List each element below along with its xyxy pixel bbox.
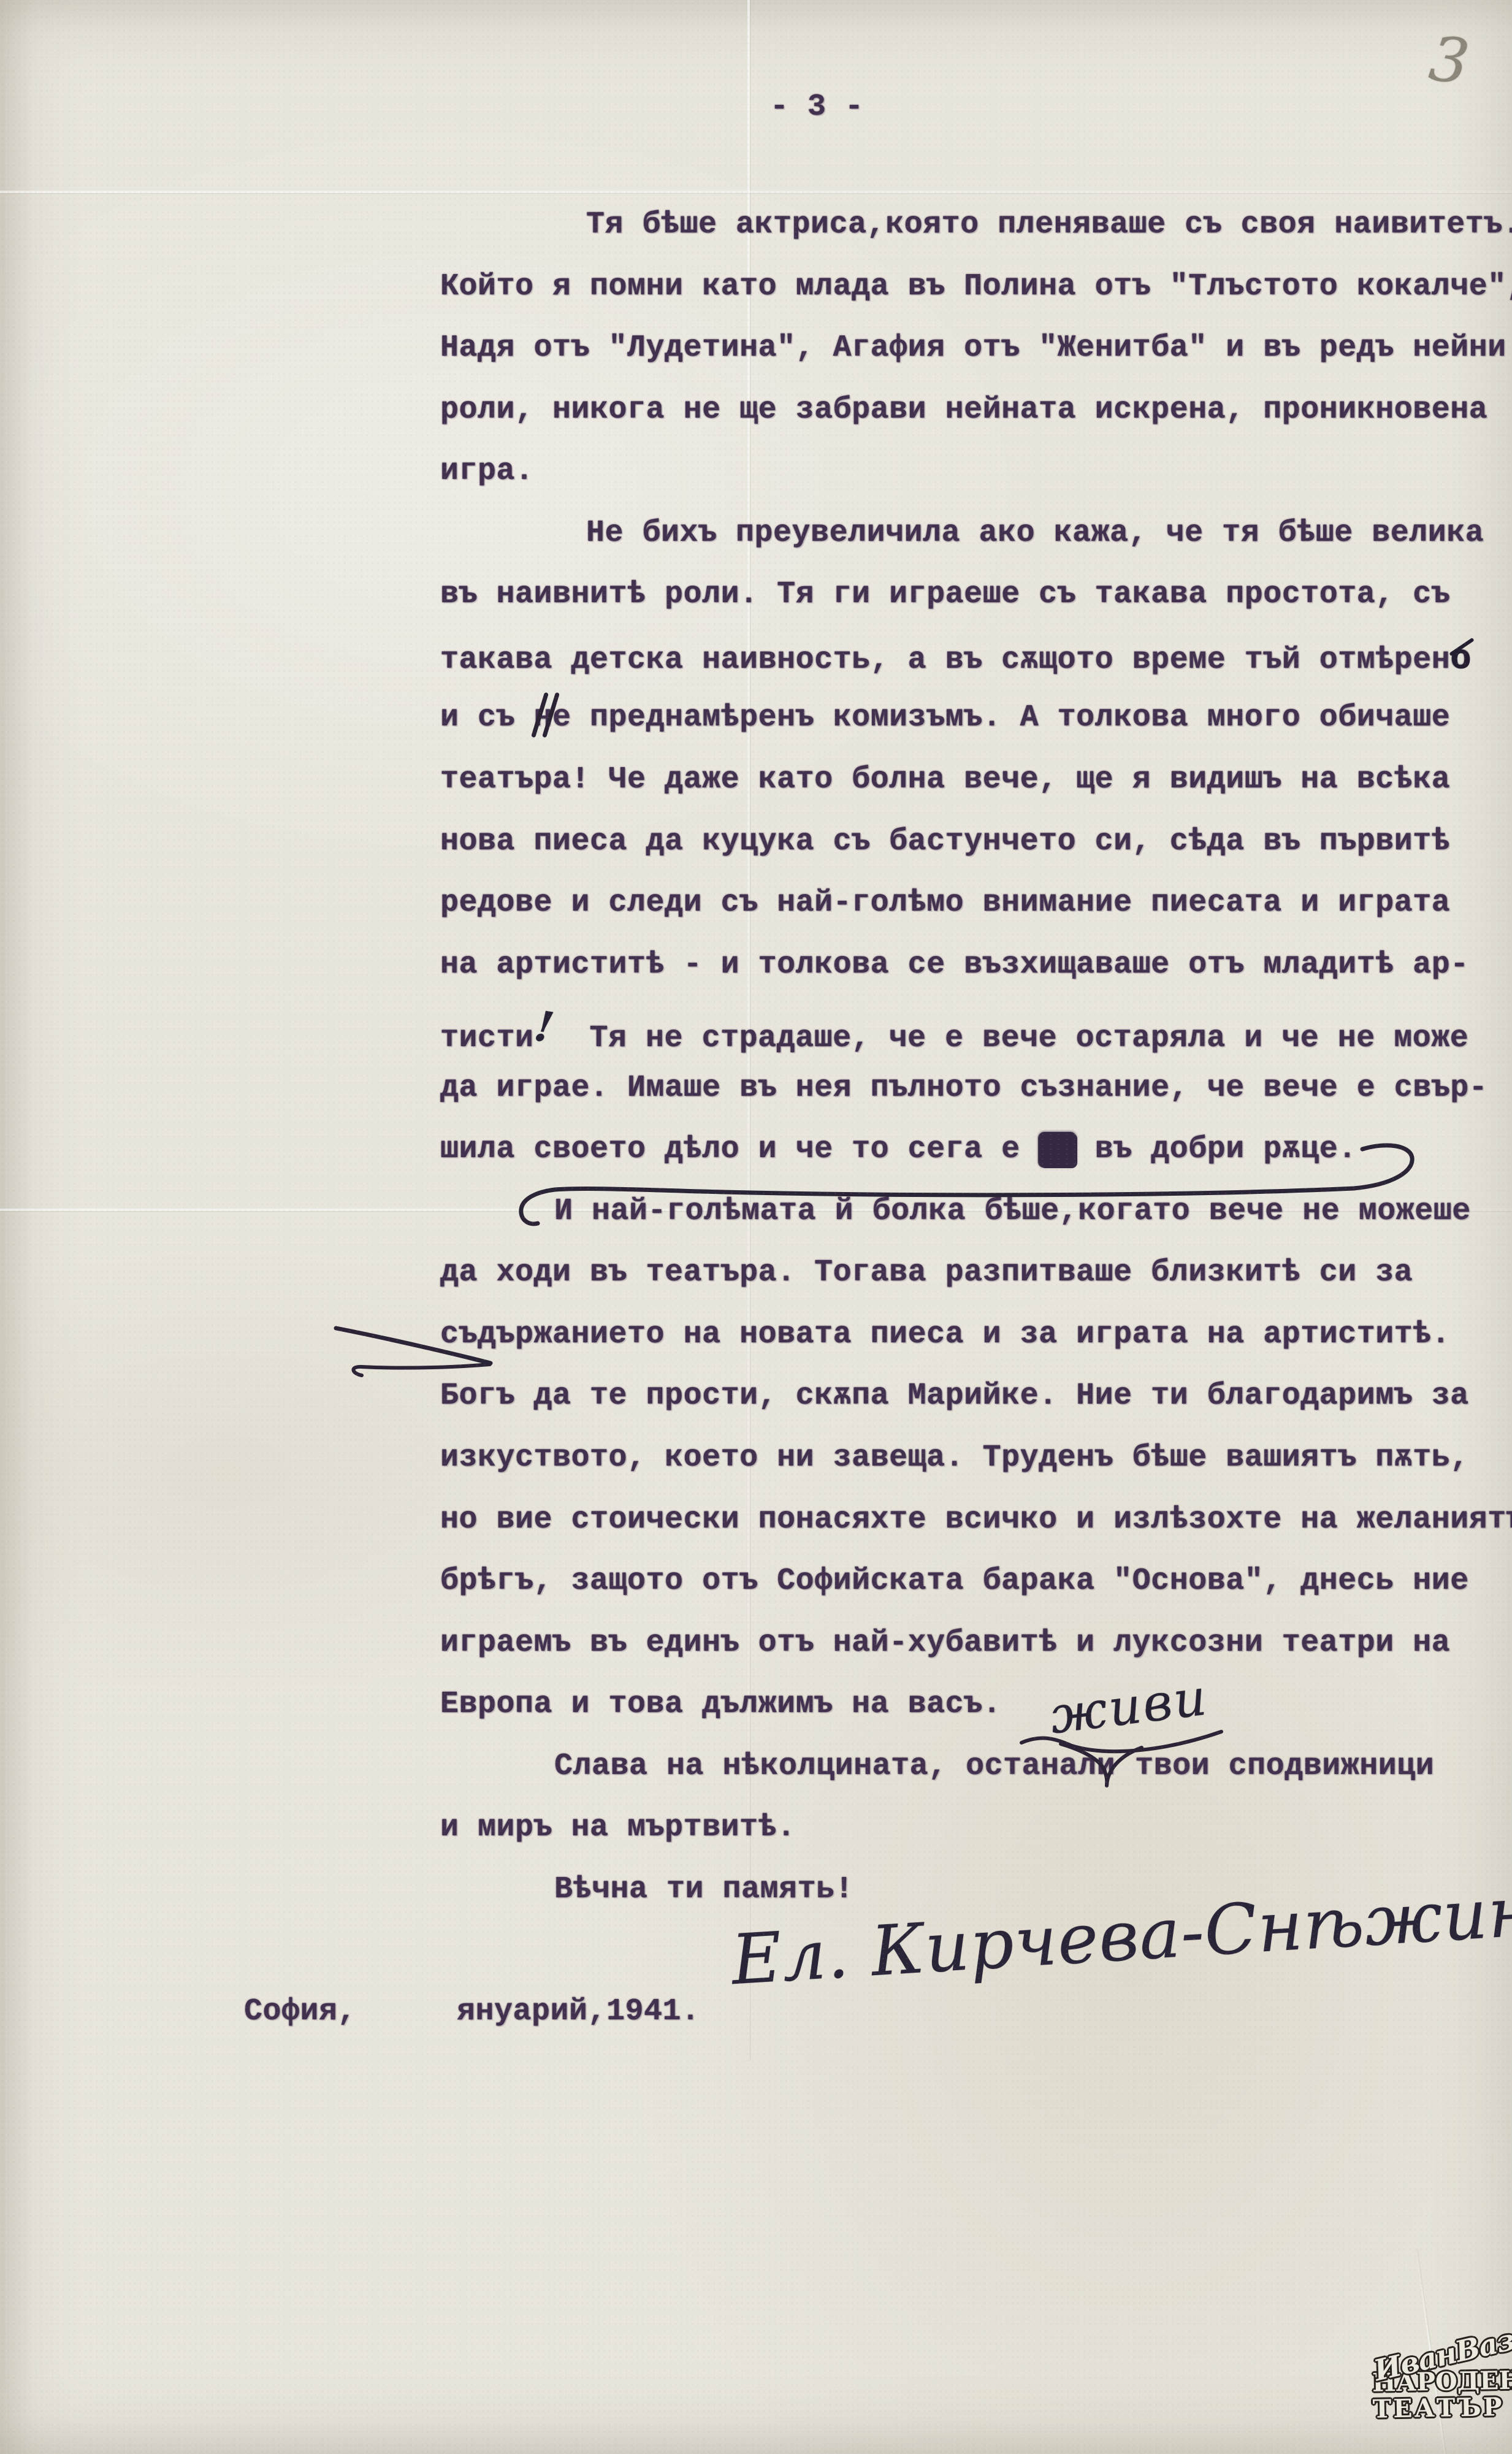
- handwritten-insertion-zhivi: живи: [1047, 1668, 1211, 1746]
- typed-segment: Слава на нѣколцината, останали: [554, 1749, 1115, 1784]
- typed-segment: Европа и това дължимъ на васъ.: [440, 1687, 1001, 1722]
- typed-segment: Който я помни като млада въ Полина отъ "…: [440, 269, 1512, 304]
- typed-segment: твои сподвижници: [1135, 1749, 1434, 1784]
- typed-line: шила своето дѣло и че то сега е то въ до…: [440, 1134, 1357, 1165]
- typed-line: Вѣчна ти память!: [440, 1875, 853, 1905]
- typed-segment: театъра! Че даже като болна вече, ще я в…: [440, 762, 1450, 797]
- typed-segment: Богъ да те прости, скѫпа Марийке. Ние ти…: [440, 1378, 1469, 1413]
- typed-line: театъра! Че даже като болна вече, ще я в…: [440, 765, 1450, 795]
- typed-segment: преднамѣренъ комизъмъ. А толкова много о…: [571, 700, 1451, 735]
- horizontal-fold-crease-top: [0, 191, 1512, 193]
- typed-line: Не бихъ преувеличила ако кажа, че тя бѣш…: [440, 518, 1484, 549]
- typed-line: такава детска наивность, а въ сѫщото вре…: [440, 641, 1471, 676]
- typed-segment: Надя отъ "Лудетина", Агафия отъ "Женитба…: [440, 331, 1506, 365]
- typed-segment: съдържанието на новата пиеса и за играта…: [440, 1317, 1450, 1352]
- typed-line: въ наивнитѣ роли. Тя ги играеше съ такав…: [440, 579, 1450, 610]
- typed-line: съдържанието на новата пиеса и за играта…: [440, 1320, 1450, 1350]
- typed-line: роли, никога не ще забрави нейната искре…: [440, 395, 1487, 426]
- typed-segment: игра.: [440, 454, 534, 489]
- footer-date: януарий,1941.: [457, 1994, 700, 2029]
- typed-segment: нова пиеса да куцука съ бастунчето си, с…: [440, 824, 1450, 859]
- typed-line: и съ не преднамѣренъ комизъмъ. А толкова…: [440, 703, 1450, 733]
- typed-line: Европа и това дължимъ на васъ.: [440, 1689, 1001, 1720]
- typed-line: но вие стоически понасяхте всичко и излѣ…: [440, 1505, 1512, 1535]
- typed-line: Тя бѣше актриса,която пленяваше съ своя …: [440, 210, 1512, 240]
- typed-line: Който я помни като млада въ Полина отъ "…: [440, 272, 1512, 302]
- typed-segment: брѣгъ, защото отъ Софийската барака "Осн…: [440, 1564, 1469, 1599]
- typed-line: И най-голѣмата й болка бѣше,когато вече …: [440, 1196, 1471, 1227]
- typed-line: на артиститѣ - и толкова се възхищаваше …: [440, 950, 1469, 980]
- typed-segment: и миръ на мъртвитѣ.: [440, 1810, 796, 1845]
- typed-segment: да ходи въ театъра. Тогава разпитваше бл…: [440, 1255, 1413, 1290]
- typed-line: Надя отъ "Лудетина", Агафия отъ "Женитба…: [440, 333, 1506, 364]
- stamp-title-line2: ТЕАТЪР: [1372, 2394, 1495, 2423]
- typed-segment: въ наивнитѣ роли. Тя ги играеше съ такав…: [440, 577, 1450, 612]
- typed-line: изкуството, което ни завеща. Труденъ бѣш…: [440, 1443, 1469, 1474]
- ink-corrected-letter: о: [1450, 639, 1471, 678]
- typed-segment: такава детска наивность, а въ сѫщото вре…: [440, 643, 1450, 678]
- typed-line: игра.: [440, 456, 534, 487]
- typed-segment: Тя не страдаше, че е вече остаряла и че …: [552, 1021, 1469, 1056]
- typed-line: брѣгъ, защото отъ Софийската барака "Осн…: [440, 1566, 1469, 1597]
- typed-segment: на артиститѣ - и толкова се възхищаваше …: [440, 947, 1469, 982]
- typed-segment: Вѣчна ти память!: [554, 1872, 853, 1907]
- typed-segment: изкуството, което ни завеща. Труденъ бѣш…: [440, 1440, 1469, 1475]
- typed-line: и миръ на мъртвитѣ.: [440, 1813, 796, 1843]
- typed-segment: шила своето дѣло и че то сега е: [440, 1132, 1039, 1167]
- scanned-typewritten-page: - 3 - 3 Тя бѣше актриса,която пленяваше …: [0, 0, 1512, 2454]
- typed-line: играемъ въ единъ отъ най-хубавитѣ и лукс…: [440, 1628, 1450, 1659]
- typed-segment: роли, никога не ще забрави нейната искре…: [440, 392, 1487, 427]
- typed-segment: играемъ въ единъ отъ най-хубавитѣ и лукс…: [440, 1626, 1450, 1661]
- typed-line: да играе. Имаше въ нея пълното съзнание,…: [440, 1073, 1487, 1104]
- typed-segment: и съ: [440, 700, 534, 735]
- typed-line: редове и следи съ най-голѣмо внимание пи…: [440, 888, 1450, 919]
- typed-line: нова пиеса да куцука съ бастунчето си, с…: [440, 827, 1450, 857]
- page-number: - 3 -: [770, 90, 864, 124]
- typed-segment: въ добри рѫце.: [1076, 1132, 1357, 1167]
- handwritten-corner-number: 3: [1426, 23, 1473, 99]
- typed-line: да ходи въ театъра. Тогава разпитваше бл…: [440, 1258, 1413, 1288]
- typed-segment: И най-голѣмата й болка бѣше,когато вече …: [554, 1194, 1471, 1229]
- typed-line: Слава на нѣколцината, останали твои спод…: [440, 1751, 1434, 1782]
- crossed-out-word: не: [534, 700, 571, 735]
- inked-out-word: то: [1039, 1132, 1076, 1167]
- typed-segment: [1115, 1751, 1135, 1782]
- national-theatre-stamp: ИванВазов НАРОДЕН ТЕАТЪР: [1372, 2340, 1495, 2423]
- typed-line: Богъ да те прости, скѫпа Марийке. Ние ти…: [440, 1381, 1469, 1412]
- typed-segment: Не бихъ преувеличила ако кажа, че тя бѣш…: [586, 516, 1484, 551]
- footer-city: София,: [244, 1994, 356, 2029]
- typed-segment: редове и следи съ най-голѣмо внимание пи…: [440, 885, 1450, 920]
- margin-arrow-lower-stroke: [353, 1364, 490, 1375]
- typed-segment: да играе. Имаше въ нея пълното съзнание,…: [440, 1071, 1487, 1106]
- typed-line: тисти! Тя не страдаше, че е вече остарял…: [440, 1011, 1468, 1054]
- typed-segment: но вие стоически понасяхте всичко и излѣ…: [440, 1502, 1512, 1537]
- typed-segment: тисти: [440, 1021, 534, 1056]
- typed-segment: Тя бѣше актриса,която пленяваше съ своя …: [586, 207, 1512, 242]
